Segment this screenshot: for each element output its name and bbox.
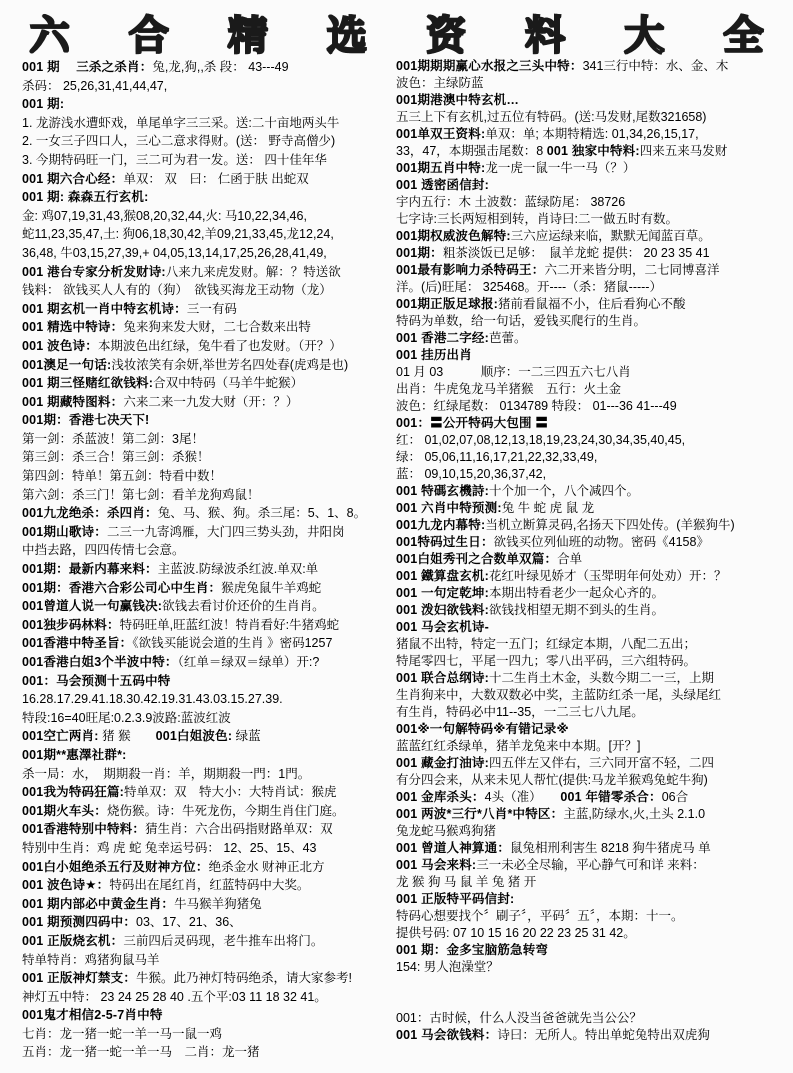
text-run: 三一有码 xyxy=(187,302,237,316)
text-line: 001九龙绝杀：杀四肖：兔、马、猴、狗。杀三尾：5、1、8。 xyxy=(22,504,396,523)
section-label: 001 联合总纲诗: xyxy=(396,671,489,685)
text-line: 生肖狗来中，大数双数必中奖，主蓝防红杀一尾，头绿尾红 xyxy=(396,687,793,704)
text-line: 001特码过生日：欲钱买位列仙班的动物。密码《4158》 xyxy=(396,534,793,551)
section-label: 001 特碼玄機詩: xyxy=(396,484,489,498)
text-line: 001 六肖中特预测:兔 牛 蛇 虎 鼠 龙 xyxy=(396,500,793,517)
text-run: 主蓝,防绿水,火,土头 2.1.0 xyxy=(563,807,705,821)
section-label: 001期：香港六合彩公司心中生肖： xyxy=(22,581,221,595)
text-run: 特尾零四七，平尾一四九；零八出平码，三六组特码。 xyxy=(396,654,696,668)
text-line: 001期正版足球报:猪前看鼠福不小，住后看狗心不酸 xyxy=(396,296,793,313)
text-run: 花红叶绿见娇才（玉斝明年何处劝）开：？ xyxy=(489,569,727,583)
text-run: 龙 猴 狗 马 鼠 羊 兔 猪 开 xyxy=(396,875,536,889)
text-line: 001 精选中特诗：兔来狗来发大财，二七合数来出特 xyxy=(22,318,396,337)
text-line: 001鬼才相信2-5-7肖中特 xyxy=(22,1006,396,1025)
text-line: 001期港澳中特玄机… xyxy=(396,92,793,109)
text-run: 特码为单数，给一句话，爱钱买爬行的生肖。 xyxy=(396,314,646,328)
text-line: 兔龙蛇马猴鸡狗猪 xyxy=(396,823,793,840)
section-label: 001 藏金打油诗: xyxy=(396,756,489,770)
section-label: 001白小姐绝杀五行及财神方位： xyxy=(22,860,209,874)
text-line: 特别中生肖：鸡 虎 蛇 兔幸运号码： 12、25、15、43 xyxy=(22,839,396,858)
text-line: 提供号码: 07 10 15 16 20 22 23 25 31 42。 xyxy=(396,925,793,942)
text-line: 七字诗:三长两短相到转，肖诗曰:二一做五时有数。 xyxy=(396,211,793,228)
section-label: 001期： xyxy=(396,246,443,260)
text-line: 001香港特别中特料：猜生肖：六合出码指财路单双：双 xyxy=(22,820,396,839)
text-run: 兔龙蛇马猴鸡狗猪 xyxy=(396,824,496,838)
section-label: 001 六肖中特预测: xyxy=(396,501,502,515)
section-label: 001 正版特平码信封: xyxy=(396,892,514,906)
section-label: 001九龙内幕特: xyxy=(396,518,485,532)
text-run: 本期出特看老少一起众心齐的。 xyxy=(489,586,664,600)
text-line: 001九龙内幕特:当机立断算灵码,名扬天下四处传。(羊猴狗牛) xyxy=(396,517,793,534)
text-run: 当机立断算灵码,名扬天下四处传。(羊猴狗牛) xyxy=(485,518,734,532)
text-line: 001 马会欲钱料：诗曰：无所人。特出单蛇兔特出双虎狗 xyxy=(396,1027,793,1044)
text-run: 欲钱去看讨价还价的生肖肖。 xyxy=(162,599,325,613)
text-line: 有生肖，特码必中11--35，一二三七八九尾。 xyxy=(396,704,793,721)
text-run: 06合 xyxy=(662,790,688,804)
text-line: 001 期内部必中黄金生肖：牛马猴羊狗猪兔 xyxy=(22,895,396,914)
text-line: 001 期藏特图料：六来二来一九发大财（开：？） xyxy=(22,393,396,412)
text-run: 四五伴左又伴右，三六同开富不轻，二四 xyxy=(489,756,714,770)
text-line: 第三剑：杀三合！第三剑：杀猴！ xyxy=(22,448,396,467)
text-line: 2. 一女三子四口人，三心二意求得财。(送： 野寺高僧少) xyxy=(22,132,396,151)
text-line: 洋。(后)旺尾： 325468。开----（杀：猪鼠-----） xyxy=(396,279,793,296)
text-run: 出肖：牛虎兔龙马羊猪猴 五行：火土金 xyxy=(396,382,621,396)
text-line: 001 马会来料:三一未必全尽输，平心静气可和详 来料： xyxy=(396,857,793,874)
text-line: 001 期玄机一肖中特玄机诗：三一有码 xyxy=(22,300,396,319)
text-run: 提供号码: 07 10 15 16 20 22 23 25 31 42。 xyxy=(396,926,636,940)
text-line: 001 鐵算盘玄机:花红叶绿见娇才（玉斝明年何处劝）开：？ xyxy=(396,568,793,585)
text-line: 01 月 03 顺序：一二三四五六七八肖 xyxy=(396,364,793,381)
section-label: 001 马会来料: xyxy=(396,858,476,872)
text-run: 粗茶淡饭已足够： 鼠羊龙蛇 提供： 20 23 35 41 xyxy=(443,246,710,260)
text-run: 二三一九寄鸿雁，大门四三势头劲，井阳岗 xyxy=(107,525,345,539)
text-run: 特段:16=40旺尾:0.2.3.9波路:蓝波红波 xyxy=(22,711,231,725)
text-run: 03、17、21、36、 xyxy=(136,915,242,929)
text-run: 001：古时候，什么人没当爸爸就先当公公？ xyxy=(396,1011,642,1025)
text-line: 001※一句解特码※有错记录※ xyxy=(396,721,793,738)
text-run: 特码心想要找个〞刷子〞，平码〞五〞，本期：十一。 xyxy=(396,909,684,923)
section-label: 001期五肖中特: xyxy=(396,161,485,175)
text-run: 36,48, 牛03,15,27,39,+ 04,05,13,14,17,25,… xyxy=(22,246,327,260)
text-run: 兔 牛 蛇 虎 鼠 龙 xyxy=(502,501,594,515)
text-line: 001期权威波色解特:三六应运绿来临，默默无闻蓝百草。 xyxy=(396,228,793,245)
text-line: 001澳足一句话:浅妆浓笑有余妍,举世芳名四处春(虎鸡是也) xyxy=(22,356,396,375)
text-line: 001期五肖中特:龙一虎一鼠一牛一马（？） xyxy=(396,160,793,177)
text-line: 出肖：牛虎兔龙马羊猪猴 五行：火土金 xyxy=(396,381,793,398)
text-run: 合双中特码（马羊牛蛇猴） xyxy=(153,376,303,390)
text-run: 01 月 03 顺序：一二三四五六七八肖 xyxy=(396,365,631,379)
section-label: 001 期玄机一肖中特玄机诗： xyxy=(22,302,187,316)
section-label: 001期：香港七决天下! xyxy=(22,413,149,427)
text-run: 红： 01,02,07,08,12,13,18,19,23,24,30,34,3… xyxy=(396,433,685,447)
text-line: 中挡去路，四四传情七会意。 xyxy=(22,541,396,560)
text-line: 001 两波*三行*八肖*中特区：主蓝,防绿水,火,土头 2.1.0 xyxy=(396,806,793,823)
text-line: 001白小姐绝杀五行及财神方位：绝杀金水 财神正北方 xyxy=(22,858,396,877)
text-line: 001：马会预测十五码中特 xyxy=(22,672,396,691)
text-run: 有生肖，特码必中11--35，一二三七八九尾。 xyxy=(396,705,644,719)
section-label: 001期**惠澤社群*: xyxy=(22,748,127,762)
text-line: 001：古时候，什么人没当爸爸就先当公公？ xyxy=(396,1010,793,1027)
section-label: 001 精选中特诗： xyxy=(22,320,123,334)
text-run: 八来九来虎发财。解：？特送欲 xyxy=(166,265,341,279)
text-line: 001期：粗茶淡饭已足够： 鼠羊龙蛇 提供： 20 23 35 41 xyxy=(396,245,793,262)
text-run: 第三剑：杀三合！第三剑：杀猴！ xyxy=(22,450,210,464)
text-line: 001 期: 森森五行玄机: xyxy=(22,188,396,207)
right-column: 001期期期赢心水报之三头中特：341三行中特：水、金、木波色：主绿防蓝001期… xyxy=(396,58,793,1073)
text-line: 猪鼠不出特，特定一五门；红绿定本期，八配二五出； xyxy=(396,636,793,653)
text-line xyxy=(396,993,793,1010)
text-line: 001：〓公开特码大包围 〓 xyxy=(396,415,793,432)
section-label: 001 透密函信封: xyxy=(396,178,489,192)
text-run: 兔、马、猴、狗。杀三尾：5、1、8。 xyxy=(158,506,366,520)
text-line: 钱料： 欲钱买人人有的（狗） 欲钱买海龙王动物（龙） xyxy=(22,281,396,300)
section-label: 001 期: xyxy=(22,97,64,111)
text-line: 波色：主绿防蓝 xyxy=(396,75,793,92)
text-line: 七肖：龙一猪一蛇一羊一马一鼠一鸡 xyxy=(22,1025,396,1044)
text-line: 蛇11,23,35,47,土: 狗06,18,30,42,羊09,21,33,4… xyxy=(22,225,396,244)
text-run: 十个加一个，八个减四个。 xyxy=(489,484,639,498)
section-label: 001 期预测四码中： xyxy=(22,915,136,929)
text-line: 001 正版烧玄机：三前四后灵码现，老牛推车出将门。 xyxy=(22,932,396,951)
text-run: 三六应运绿来临，默默无闻蓝百草。 xyxy=(511,229,711,243)
text-run: 芭蕾。 xyxy=(489,331,527,345)
section-label: 001 港台专家分析发财诗: xyxy=(22,265,166,279)
section-label: 001 挂历出肖 xyxy=(396,348,472,362)
text-line: 001 特碼玄機詩:十个加一个，八个减四个。 xyxy=(396,483,793,500)
text-run: 诗曰：无所人。特出单蛇兔特出双虎狗 xyxy=(497,1028,710,1042)
section-label: 001白姐秀刊之合数单双篇： xyxy=(396,552,557,566)
text-line: 有分四会来，从来未见人帮忙(提供:马龙羊猴鸡兔蛇牛狗) xyxy=(396,772,793,789)
section-label: 001：〓公开特码大包围 〓 xyxy=(396,416,548,430)
text-line: 001期：最新内幕来料：主蓝波.防绿波杀红波.单双:单 xyxy=(22,560,396,579)
text-run: 三一未必全尽输，平心静气可和详 来料： xyxy=(476,858,704,872)
section-label: 001：马会预测十五码中特 xyxy=(22,674,170,688)
text-line: 001 香港二字经:芭蕾。 xyxy=(396,330,793,347)
section-label: 001曾道人说一句赢钱决: xyxy=(22,599,162,613)
text-run: 主蓝波.防绿波杀红波.单双:单 xyxy=(158,562,318,576)
text-run: 蓝蓝红红杀绿单，猪羊龙兔来中本期。[开？] xyxy=(396,739,640,753)
section-label: 001 泼妇欲钱料: xyxy=(396,603,489,617)
section-label: 001 香港二字经: xyxy=(396,331,489,345)
text-line: 1. 龙游浅水遭虾戏，单尾单字三三采。送:二十亩地两头牛 xyxy=(22,114,396,133)
section-label: 001独步码林料： xyxy=(22,618,120,632)
text-line: 001 马会玄机诗- xyxy=(396,619,793,636)
text-run: 第一剑：杀蓝波！第二剑：3尾！ xyxy=(22,432,204,446)
text-line: 001空亡两肖: 猪 猴 001白姐波色: 绿蓝 xyxy=(22,727,396,746)
text-run: 牛猴。此乃神灯特码绝杀，请大家参考! xyxy=(136,971,352,985)
text-line: 特单特肖：鸡猪狗鼠马羊 xyxy=(22,951,396,970)
section-label: 001期权威波色解特: xyxy=(396,229,511,243)
text-line: 001我为特码狂篇:特单双：双 特大小：大特肖试：猴虎 xyxy=(22,783,396,802)
section-label: 001香港特别中特料： xyxy=(22,822,145,836)
text-line: 001 曾道人神算通：鼠兔相刑利害生 8218 狗牛猪虎马 单 xyxy=(396,840,793,857)
text-run: 合单 xyxy=(557,552,582,566)
text-run: 特码旺单,旺蓝红波！特肖看好:牛猪鸡蛇 xyxy=(120,618,339,632)
text-run: 杀一局：水， 期期殺一肖：羊，期期殺一門：1門。 xyxy=(22,767,310,781)
text-run: 绿： 05,06,11,16,17,21,22,32,33,49, xyxy=(396,450,597,464)
text-line: 001单双王资料:单双：单; 本期特精选: 01,34,26,15,17, xyxy=(396,126,793,143)
text-run: 154: 男人泡澡堂？ xyxy=(396,960,499,974)
text-run: 三前四后灵码现，老牛推车出将门。 xyxy=(123,934,323,948)
text-run: 特单双：双 特大小：大特肖试：猴虎 xyxy=(124,785,337,799)
text-line: 杀一局：水， 期期殺一肖：羊，期期殺一門：1門。 xyxy=(22,765,396,784)
text-line: 001独步码林料：特码旺单,旺蓝红波！特肖看好:牛猪鸡蛇 xyxy=(22,616,396,635)
section-label: 001澳足一句话: xyxy=(22,358,111,372)
text-run: 兔来狗来发大财，二七合数来出特 xyxy=(123,320,311,334)
text-run: 宇内五行：木 土波数：蓝绿防尾： 38726 xyxy=(396,195,625,209)
text-line: 第六剑：杀三门！第七剑：看羊龙狗鸡鼠！ xyxy=(22,486,396,505)
section-label: 001鬼才相信2-5-7肖中特 xyxy=(22,1008,163,1022)
section-label: 001最有影响力杀特码王： xyxy=(396,263,544,277)
text-line: 001 正版神灯禁支：牛猴。此乃神灯特码绝杀，请大家参考! xyxy=(22,969,396,988)
text-run: 蓝： 09,10,15,20,36,37,42, xyxy=(396,467,546,481)
section-label: 001 期三怪赌红欲钱料: xyxy=(22,376,153,390)
text-line: 杀码： 25,26,31,41,44,47, xyxy=(22,77,396,96)
text-run: 六来二来一九发大财（开：？） xyxy=(123,395,298,409)
text-line: 001 金库杀头：4头（准） 001 年错零杀合：06合 xyxy=(396,789,793,806)
text-run: 16.28.17.29.41.18.30.42.19.31.43.03.15.2… xyxy=(22,692,283,706)
text-run: 波色：主绿防蓝 xyxy=(396,76,484,90)
text-line: 001 期三怪赌红欲钱料:合双中特码（马羊牛蛇猴） xyxy=(22,374,396,393)
text-run: 绿蓝 xyxy=(232,729,260,743)
text-run: 五肖：龙一猪一蛇一羊一马 二肖：龙一猪 xyxy=(22,1045,260,1059)
section-label: 001空亡两肖: xyxy=(22,729,99,743)
text-run: 中挡去路，四四传情七会意。 xyxy=(22,543,185,557)
section-label: 001 期藏特图料： xyxy=(22,395,123,409)
text-line: 001 期六合心经：单双： 双 曰： 仁函于肤 出蛇双 xyxy=(22,170,396,189)
text-run: 2. 一女三子四口人，三心二意求得财。(送： 野寺高僧少) xyxy=(22,134,335,148)
section-label: 001 期：金多宝脑筋急转弯 xyxy=(396,943,548,957)
text-line: 001 波色诗★：特码出在尾红肖，红蓝特码中大奖。 xyxy=(22,876,396,895)
text-line: 001 正版特平码信封: xyxy=(396,891,793,908)
text-line: 001白姐秀刊之合数单双篇：合单 xyxy=(396,551,793,568)
text-run: 猜生肖：六合出码指财路单双：双 xyxy=(145,822,333,836)
text-run: 猴虎兔鼠牛羊鸡蛇 xyxy=(221,581,321,595)
text-run: 有分四会来，从来未见人帮忙(提供:马龙羊猴鸡兔蛇牛狗) xyxy=(396,773,708,787)
section-label: 001 波色诗★： xyxy=(22,878,109,892)
section-label: 001我为特码狂篇: xyxy=(22,785,124,799)
text-run: 杀码： 25,26,31,41,44,47, xyxy=(22,79,167,93)
text-line: 001 联合总纲诗:十二生肖土木金，头数今期二一三，上期 xyxy=(396,670,793,687)
text-line: 001 一句定乾坤:本期出特看老少一起众心齐的。 xyxy=(396,585,793,602)
text-line: 001最有影响力杀特码王：六二开来皆分明，二七同博喜洋 xyxy=(396,262,793,279)
text-line: 龙 猴 狗 马 鼠 羊 兔 猪 开 xyxy=(396,874,793,891)
section-label: 001 两波*三行*八肖*中特区： xyxy=(396,807,563,821)
text-run: 兔,龙,狗,,杀 段： 43---49 xyxy=(152,60,288,74)
text-run: 猪鼠不出特，特定一五门；红绿定本期，八配二五出； xyxy=(396,637,696,651)
text-run: 单双：单; 本期特精选: 01,34,26,15,17, xyxy=(485,127,698,141)
text-run: 欲钱找相望无期不到头的生肖。 xyxy=(489,603,664,617)
section-label: 001 曾道人神算通： xyxy=(396,841,510,855)
text-run: 欲钱买位列仙班的动物。密码《4158》 xyxy=(494,535,709,549)
text-line: 001 期预测四码中：03、17、21、36、 xyxy=(22,913,396,932)
text-line: 33，47，本期强击尾数：8 001 独家中特料:四来五来马发财 xyxy=(396,143,793,160)
text-run: 单双： 双 曰： 仁函于肤 出蛇双 xyxy=(123,172,308,186)
text-run: 浅妆浓笑有余妍,举世芳名四处春(虎鸡是也) xyxy=(111,358,348,372)
text-line: 001 期 三杀之杀肖：兔,龙,狗,,杀 段： 43---49 xyxy=(22,58,396,77)
text-run: 特别中生肖：鸡 虎 蛇 兔幸运号码： 12、25、15、43 xyxy=(22,841,317,855)
text-run: 烧伤猴。诗：牛死龙伤，今期生肖住门庭。 xyxy=(107,804,345,818)
text-run: 鼠兔相刑利害生 8218 狗牛猪虎马 单 xyxy=(510,841,711,855)
text-run: 钱料： 欲钱买人人有的（狗） 欲钱买海龙王动物（龙） xyxy=(22,283,332,297)
text-run: 特单特肖：鸡猪狗鼠马羊 xyxy=(22,953,160,967)
text-line: 五三上下有玄机,过五位有特码。(送:马发财,尾数321658) xyxy=(396,109,793,126)
section-label: 001 鐵算盘玄机: xyxy=(396,569,489,583)
section-label: 001期山歌诗： xyxy=(22,525,107,539)
text-run: 四来五来马发财 xyxy=(640,144,728,158)
text-line: 001香港白姐3个半波中特：（红单＝绿双＝绿单）开:? xyxy=(22,653,396,672)
text-run: 猪前看鼠福不小，住后看狗心不酸 xyxy=(498,297,686,311)
text-line: 001 港台专家分析发财诗:八来九来虎发财。解：？特送欲 xyxy=(22,263,396,282)
section-label: 001 马会玄机诗- xyxy=(396,620,489,634)
text-line: 金: 鸡07,19,31,43,猴08,20,32,44,火: 马10,22,3… xyxy=(22,207,396,226)
text-run: 牛马猴羊狗猪兔 xyxy=(174,897,262,911)
section-label: 001期：最新内幕来料： xyxy=(22,562,158,576)
text-line: 红： 01,02,07,08,12,13,18,19,23,24,30,34,3… xyxy=(396,432,793,449)
text-run: 3. 今期特码旺一门，三二可为君一发。送： 四十佳年华 xyxy=(22,153,327,167)
text-line: 特段:16=40旺尾:0.2.3.9波路:蓝波红波 xyxy=(22,709,396,728)
section-label: 001 期内部必中黄金生肖： xyxy=(22,897,174,911)
section-label: 001期火车头： xyxy=(22,804,107,818)
text-line: 154: 男人泡澡堂？ xyxy=(396,959,793,976)
text-run: 洋。(后)旺尾： 325468。开----（杀：猪鼠-----） xyxy=(396,280,662,294)
text-line: 001 期: xyxy=(22,95,396,114)
section-label: 001 波色诗： xyxy=(22,339,98,353)
text-line: 特尾零四七，平尾一四九；零八出平码，三六组特码。 xyxy=(396,653,793,670)
text-run: 神灯五中特： 23 24 25 28 40 .五个平:03 11 18 32 4… xyxy=(22,990,327,1004)
text-line: 001 期：金多宝脑筋急转弯 xyxy=(396,942,793,959)
section-label: 001香港白姐3个半波中特： xyxy=(22,655,178,669)
text-line: 36,48, 牛03,15,27,39,+ 04,05,13,14,17,25,… xyxy=(22,244,396,263)
text-run: 《欲钱买能说会道的生肖 》密码1257 xyxy=(132,636,332,650)
text-line: 第一剑：杀蓝波！第二剑：3尾！ xyxy=(22,430,396,449)
text-line: 001 波色诗：本期波色出红绿，兔牛看了也发财。（开？） xyxy=(22,337,396,356)
text-run: 生肖狗来中，大数双数必中奖，主蓝防红杀一尾，头绿尾红 xyxy=(396,688,721,702)
section-label: 001 正版烧玄机： xyxy=(22,934,123,948)
section-label: 001 独家中特料: xyxy=(547,144,640,158)
text-line: 特码心想要找个〞刷子〞，平码〞五〞，本期：十一。 xyxy=(396,908,793,925)
text-line: 001 藏金打油诗:四五伴左又伴右，三六同开富不轻，二四 xyxy=(396,755,793,772)
page-title: 六 合 精 选 资 料 大 全 xyxy=(0,4,793,61)
section-label: 001九龙绝杀：杀四肖： xyxy=(22,506,158,520)
text-run: 第六剑：杀三门！第七剑：看羊龙狗鸡鼠！ xyxy=(22,488,260,502)
section-label: 001※一句解特码※有错记录※ xyxy=(396,722,569,736)
text-run: 十二生肖土木金，头数今期二一三，上期 xyxy=(489,671,714,685)
text-line: 16.28.17.29.41.18.30.42.19.31.43.03.15.2… xyxy=(22,690,396,709)
text-line: 蓝蓝红红杀绿单，猪羊龙兔来中本期。[开？] xyxy=(396,738,793,755)
text-line: 3. 今期特码旺一门，三二可为君一发。送： 四十佳年华 xyxy=(22,151,396,170)
text-line: 五肖：龙一猪一蛇一羊一马 二肖：龙一猪 xyxy=(22,1043,396,1062)
text-line: 特码为单数，给一句话，爱钱买爬行的生肖。 xyxy=(396,313,793,330)
text-line: 001香港中特圣旨：《欲钱买能说会道的生肖 》密码1257 xyxy=(22,634,396,653)
text-run: 4头（准） xyxy=(485,790,561,804)
section-label: 001期期期赢心水报之三头中特： xyxy=(396,59,583,73)
section-label: 001 期六合心经： xyxy=(22,172,123,186)
text-line xyxy=(396,976,793,993)
text-line: 001 泼妇欲钱料:欲钱找相望无期不到头的生肖。 xyxy=(396,602,793,619)
text-line: 001期火车头：烧伤猴。诗：牛死龙伤，今期生肖住门庭。 xyxy=(22,802,396,821)
text-run: 本期波色出红绿，兔牛看了也发财。（开？） xyxy=(98,339,342,353)
text-line: 001曾道人说一句赢钱决:欲钱去看讨价还价的生肖肖。 xyxy=(22,597,396,616)
text-line: 001期**惠澤社群*: xyxy=(22,746,396,765)
section-label: 001单双王资料: xyxy=(396,127,485,141)
text-run: 蛇11,23,35,47,土: 狗06,18,30,42,羊09,21,33,4… xyxy=(22,227,334,241)
text-line: 波色：红绿尾数： 0134789 特段： 01---36 41---49 xyxy=(396,398,793,415)
section-label: 001 金库杀头： xyxy=(396,790,485,804)
section-label: 001白姐波色: xyxy=(156,729,233,743)
text-line: 001 透密函信封: xyxy=(396,177,793,194)
lottery-tips-sheet: 六 合 精 选 资 料 大 全 001 期 三杀之杀肖：兔,龙,狗,,杀 段： … xyxy=(0,0,793,1073)
section-label: 001期港澳中特玄机… xyxy=(396,93,519,107)
text-line: 绿： 05,06,11,16,17,21,22,32,33,49, xyxy=(396,449,793,466)
text-run: 第四剑：特单！第五剑：特看中数！ xyxy=(22,469,222,483)
section-label: 001 期 三杀之杀肖： xyxy=(22,60,152,74)
text-line: 001期：香港七决天下! xyxy=(22,411,396,430)
section-label: 001期正版足球报: xyxy=(396,297,498,311)
text-run: 特码出在尾红肖，红蓝特码中大奖。 xyxy=(109,878,309,892)
text-line: 001期期期赢心水报之三头中特：341三行中特：水、金、木 xyxy=(396,58,793,75)
text-run: 猪 猴 xyxy=(99,729,156,743)
text-run: 33，47，本期强击尾数：8 xyxy=(396,144,547,158)
section-label: 001 一句定乾坤: xyxy=(396,586,489,600)
text-run: 金: 鸡07,19,31,43,猴08,20,32,44,火: 马10,22,3… xyxy=(22,209,307,223)
text-run: 六二开来皆分明，二七同博喜洋 xyxy=(544,263,719,277)
text-line: 蓝： 09,10,15,20,36,37,42, xyxy=(396,466,793,483)
text-line: 宇内五行：木 土波数：蓝绿防尾： 38726 xyxy=(396,194,793,211)
text-line: 001期山歌诗：二三一九寄鸿雁，大门四三势头劲，井阳岗 xyxy=(22,523,396,542)
section-label: 001 正版神灯禁支： xyxy=(22,971,136,985)
text-run: 七肖：龙一猪一蛇一羊一马一鼠一鸡 xyxy=(22,1027,222,1041)
section-label: 001 马会欲钱料： xyxy=(396,1028,497,1042)
text-run: 1. 龙游浅水遭虾戏，单尾单字三三采。送:二十亩地两头牛 xyxy=(22,116,339,130)
section-label: 001特码过生日： xyxy=(396,535,494,549)
text-run: （红单＝绿双＝绿单）开:? xyxy=(178,655,320,669)
text-run: 七字诗:三长两短相到转，肖诗曰:二一做五时有数。 xyxy=(396,212,678,226)
text-line: 001期：香港六合彩公司心中生肖：猴虎兔鼠牛羊鸡蛇 xyxy=(22,579,396,598)
text-line: 神灯五中特： 23 24 25 28 40 .五个平:03 11 18 32 4… xyxy=(22,988,396,1007)
text-run: 波色：红绿尾数： 0134789 特段： 01---36 41---49 xyxy=(396,399,677,413)
text-line: 001 挂历出肖 xyxy=(396,347,793,364)
text-run: 341三行中特：水、金、木 xyxy=(583,59,729,73)
text-run: 龙一虎一鼠一牛一马（？） xyxy=(485,161,635,175)
section-label: 001香港中特圣旨： xyxy=(22,636,132,650)
section-label: 001 年错零杀合： xyxy=(560,790,661,804)
left-column: 001 期 三杀之杀肖：兔,龙,狗,,杀 段： 43---49杀码： 25,26… xyxy=(22,58,396,1073)
text-run: 绝杀金水 财神正北方 xyxy=(209,860,325,874)
text-line: 第四剑：特单！第五剑：特看中数！ xyxy=(22,467,396,486)
text-run: 五三上下有玄机,过五位有特码。(送:马发财,尾数321658) xyxy=(396,110,706,124)
section-label: 001 期: 森森五行玄机: xyxy=(22,190,148,204)
